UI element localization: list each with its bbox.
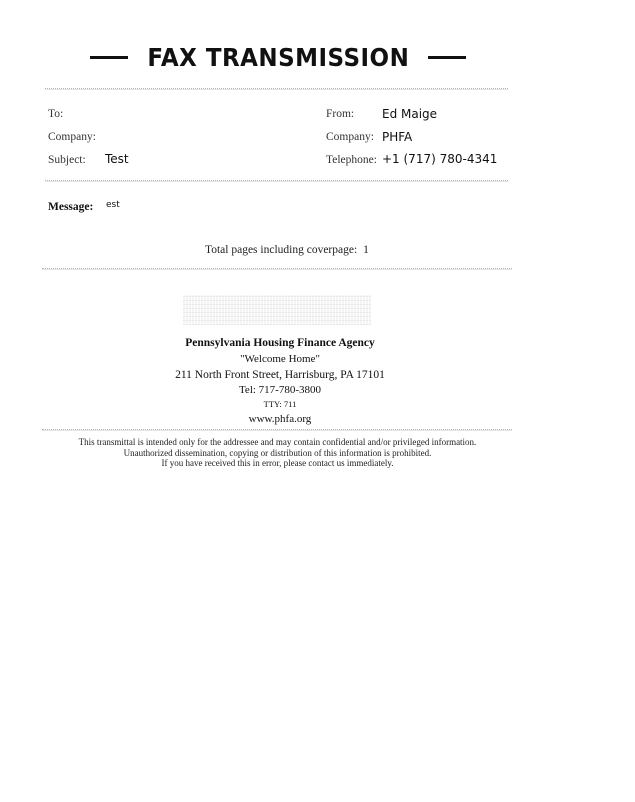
disclaimer-line: This transmittal is intended only for th… bbox=[40, 437, 515, 448]
to-label: To: bbox=[48, 108, 63, 120]
agency-address: 211 North Front Street, Harrisburg, PA 1… bbox=[130, 369, 430, 381]
subject-value: Test bbox=[105, 152, 129, 166]
from-label: From: bbox=[326, 108, 354, 120]
agency-tty: TTY: 711 bbox=[130, 399, 430, 409]
fax-title-header: FAX TRANSMISSION bbox=[90, 40, 466, 74]
message-label: Message: bbox=[48, 201, 93, 213]
disclaimer-line: Unauthorized dissemination, copying or d… bbox=[40, 448, 515, 459]
divider bbox=[45, 88, 508, 90]
total-pages: Total pages including coverpage:1 bbox=[205, 244, 369, 256]
total-pages-label: Total pages including coverpage: bbox=[205, 244, 357, 256]
divider bbox=[45, 180, 508, 182]
agency-tagline: "Welcome Home" bbox=[130, 353, 430, 365]
confidentiality-disclaimer: This transmittal is intended only for th… bbox=[40, 437, 515, 469]
from-value: Ed Maige bbox=[382, 107, 437, 121]
telephone-label: Telephone: bbox=[326, 154, 377, 166]
phfa-logo-icon bbox=[183, 295, 371, 325]
agency-name: Pennsylvania Housing Finance Agency bbox=[130, 337, 430, 349]
agency-website: www.phfa.org bbox=[130, 413, 430, 425]
message-value: est bbox=[106, 200, 120, 210]
total-pages-value: 1 bbox=[363, 244, 369, 256]
sender-company-label: Company: bbox=[326, 131, 374, 143]
subject-label: Subject: bbox=[48, 154, 86, 166]
disclaimer-line: If you have received this in error, plea… bbox=[40, 458, 515, 469]
divider bbox=[42, 268, 512, 270]
page-title: FAX TRANSMISSION bbox=[147, 43, 409, 72]
divider bbox=[42, 429, 512, 431]
telephone-value: +1 (717) 780-4341 bbox=[382, 152, 497, 166]
agency-telephone: Tel: 717-780-3800 bbox=[130, 384, 430, 396]
sender-company-value: PHFA bbox=[382, 130, 412, 144]
recipient-company-label: Company: bbox=[48, 131, 96, 143]
title-rule-left bbox=[90, 56, 128, 59]
title-rule-right bbox=[428, 56, 466, 59]
